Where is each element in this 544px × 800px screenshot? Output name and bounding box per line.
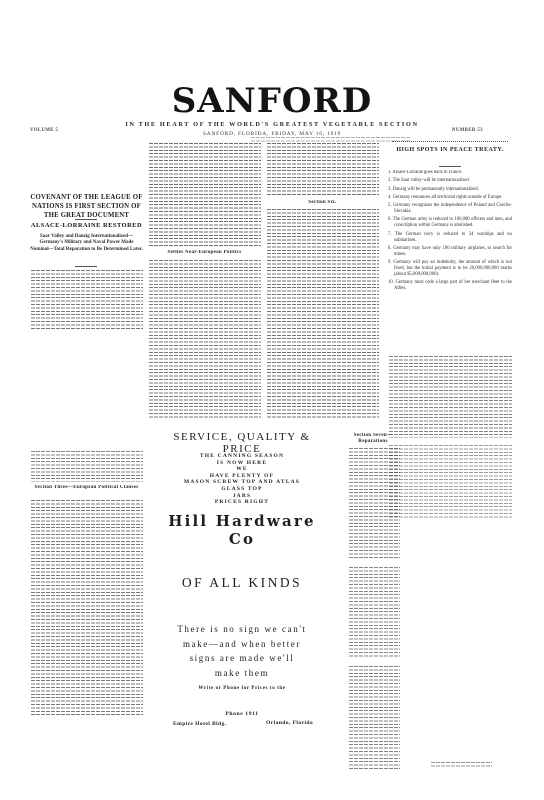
body-text-sim [266, 143, 379, 197]
ad-signs-line: make them [166, 666, 318, 681]
body-text-sim [250, 137, 410, 142]
body-text-sim [348, 567, 400, 658]
ad-signs-line: signs are made we'll [166, 651, 318, 666]
ad-signs-body: There is no sign we can't make—and when … [166, 622, 318, 680]
high-spots-item: 2. The Saar valley will be international… [388, 178, 512, 184]
volume-label: VOLUME 5 [30, 128, 58, 133]
lead-deck: Saar Valley and Danzig Internationalized… [30, 234, 143, 253]
number-label: NUMBER 53 [452, 128, 483, 133]
ad-signs-headline: OF ALL KINDS [166, 575, 318, 591]
ad-signs-address-right: Orlando, Florida [266, 720, 313, 726]
ad-signs-line: There is no sign we can't [166, 622, 318, 637]
ad-hardware-line: JARS [166, 493, 318, 500]
ad-signs-line: make—and when better [166, 637, 318, 652]
high-spots-item: 9. Germany will pay an indemnity, the am… [388, 260, 512, 278]
high-spots-item: 1. Alsace-Lorraine goes back to France. [388, 170, 512, 176]
body-text-sim [388, 445, 512, 520]
ad-hardware-line: WE [166, 466, 318, 473]
body-text-sim [148, 260, 261, 418]
high-spots-list: 1. Alsace-Lorraine goes back to France. … [388, 170, 512, 294]
high-spots-item: 4. Germany renounces all territorial rig… [388, 195, 512, 201]
high-spots-item: 8. Germany may have only 100 military ai… [388, 246, 512, 258]
ad-hardware-company-name: Hill Hardware Co [166, 512, 318, 548]
high-spots-item: 3. Danzig will be permanently internatio… [388, 187, 512, 193]
high-spots-headline: HIGH SPOTS IN PEACE TREATY. [388, 146, 512, 154]
body-text-sim [30, 500, 143, 715]
high-spots-item: 5. Germany recognizes the independence o… [388, 203, 512, 215]
ornament-rule [75, 219, 97, 220]
high-spots-item: 6. The German army is reduced to 100,000… [388, 217, 512, 229]
lead-headline: COVENANT OF THE LEAGUE OF NATIONS IS FIR… [30, 193, 143, 220]
body-text-sim [430, 762, 492, 768]
masthead-tagline: IN THE HEART OF THE WORLD'S GREATEST VEG… [0, 121, 544, 128]
high-spots-item: 7. The German navy is reduced to 24 wars… [388, 232, 512, 244]
ad-hardware-line: THE CANNING SEASON [166, 453, 318, 460]
newspaper-page: SANFORD IN THE HEART OF THE WORLD'S GREA… [0, 0, 544, 800]
ad-hardware-line: HAVE PLENTY OF [166, 473, 318, 480]
body-text-sim [30, 270, 143, 330]
body-text-sim [348, 448, 400, 560]
body-text-sim [30, 451, 143, 482]
ad-hardware-service-line: SERVICE, QUALITY & PRICE [166, 431, 318, 455]
crosshead-column-one: Section Three—European Political Clauses [30, 485, 143, 491]
ornament-rule [75, 266, 97, 267]
ad-hardware-line: MASON SCREW TOP AND ATLAS [166, 479, 318, 486]
crosshead-strip: Section Seven—Reparations [346, 433, 400, 445]
crosshead-column-two: Settles Near-European Politics [148, 250, 261, 256]
high-spots-item: 10. Germany must cede a large part of he… [388, 280, 512, 292]
ad-hardware-line: PRICES RIGHT [166, 499, 318, 506]
body-text-sim [388, 356, 512, 438]
body-text-sim [348, 666, 400, 770]
ad-signs-address-left: Empire Hotel Bldg. [173, 721, 227, 727]
ornament-rule [392, 141, 508, 142]
body-text-sim [148, 143, 261, 247]
body-text-sim [266, 209, 379, 418]
ad-hardware-line: IS NOW HERE [166, 460, 318, 467]
ornament-rule [439, 166, 461, 167]
lead-subhead: ALSACE-LORRAINE RESTORED [30, 222, 143, 229]
crosshead-column-three: Section Six. [266, 200, 379, 206]
ad-hardware-line: GLASS TOP [166, 486, 318, 493]
ad-signs-phone: Phone 1911 [166, 711, 318, 717]
ad-signs-cta: Write or Phone for Prices to the [166, 686, 318, 691]
masthead-title: SANFORD [0, 84, 544, 118]
ad-hardware-body: THE CANNING SEASON IS NOW HERE WE HAVE P… [166, 453, 318, 506]
